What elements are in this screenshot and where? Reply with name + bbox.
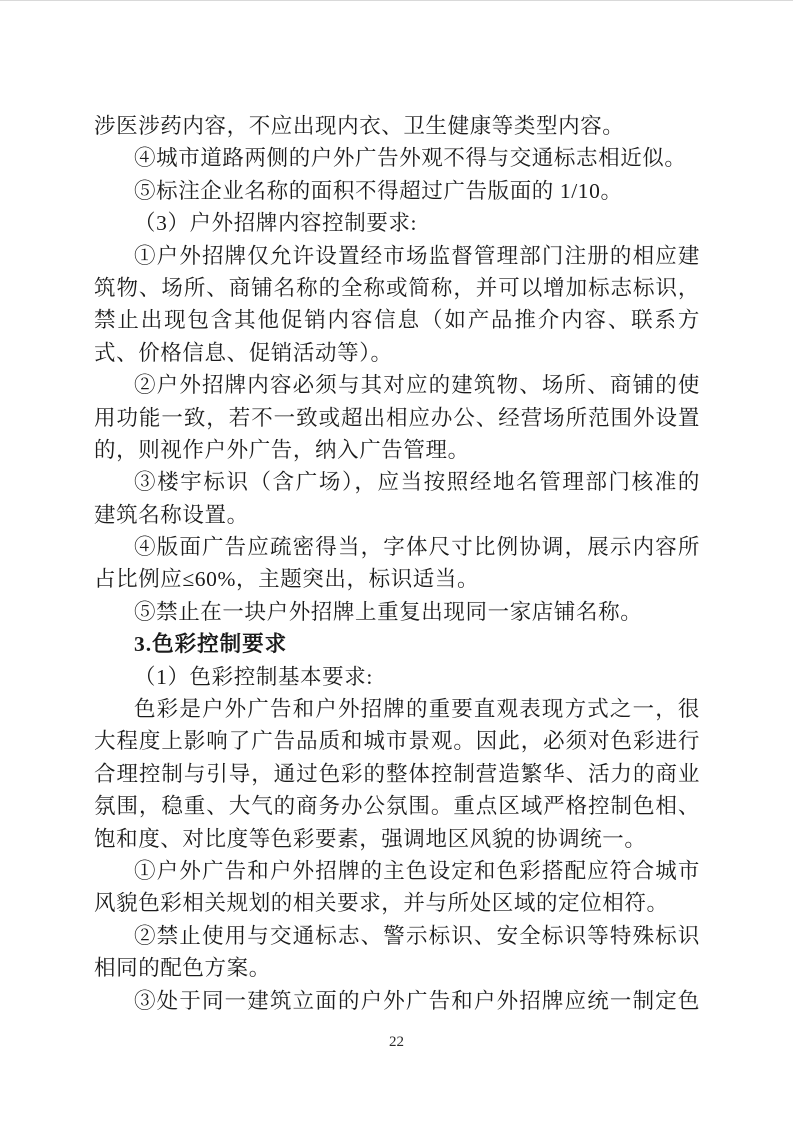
text-line: 合理控制与引导，通过色彩的整体控制营造繁华、活力的商业 (94, 758, 700, 790)
text-line: ⑤禁止在一块户外招牌上重复出现同一家店铺名称。 (94, 596, 700, 628)
text-line: 涉医涉药内容，不应出现内衣、卫生健康等类型内容。 (94, 110, 700, 142)
text-line: 式、价格信息、促销活动等）。 (94, 337, 700, 369)
text-line: ②户外招牌内容必须与其对应的建筑物、场所、商铺的使 (94, 369, 700, 401)
document-page: 涉医涉药内容，不应出现内衣、卫生健康等类型内容。 ④城市道路两侧的户外广告外观不… (0, 0, 793, 1122)
text-line: 占比例应≤60%，主题突出，标识适当。 (94, 563, 700, 595)
text-line: 筑物、场所、商铺名称的全称或简称，并可以增加标志标识， (94, 272, 700, 304)
text-line: ①户外招牌仅允许设置经市场监督管理部门注册的相应建 (94, 240, 700, 272)
text-line: ①户外广告和户外招牌的主色设定和色彩搭配应符合城市 (94, 855, 700, 887)
text-line: 饱和度、对比度等色彩要素，强调地区风貌的协调统一。 (94, 823, 700, 855)
text-line: 大程度上影响了广告品质和城市景观。因此，必须对色彩进行 (94, 725, 700, 757)
page-number: 22 (0, 1032, 793, 1052)
text-line: 的，则视作户外广告，纳入广告管理。 (94, 434, 700, 466)
text-line: 建筑名称设置。 (94, 499, 700, 531)
text-line: ③楼宇标识（含广场），应当按照经地名管理部门核准的 (94, 466, 700, 498)
text-line: 色彩是户外广告和户外招牌的重要直观表现方式之一，很 (94, 693, 700, 725)
text-line: 用功能一致，若不一致或超出相应办公、经营场所范围外设置 (94, 402, 700, 434)
text-line: ⑤标注企业名称的面积不得超过广告版面的 1/10。 (94, 175, 700, 207)
document-body: 涉医涉药内容，不应出现内衣、卫生健康等类型内容。 ④城市道路两侧的户外广告外观不… (94, 110, 700, 1017)
text-line: 氛围，稳重、大气的商务办公氛围。重点区域严格控制色相、 (94, 790, 700, 822)
text-line: ④版面广告应疏密得当，字体尺寸比例协调，展示内容所 (94, 531, 700, 563)
text-line: ④城市道路两侧的户外广告外观不得与交通标志相近似。 (94, 142, 700, 174)
text-line: ③处于同一建筑立面的户外广告和户外招牌应统一制定色 (94, 985, 700, 1017)
section-heading: 3.色彩控制要求 (94, 628, 700, 660)
text-line: 风貌色彩相关规划的相关要求，并与所处区域的定位相符。 (94, 887, 700, 919)
text-line: （1）色彩控制基本要求: (94, 661, 700, 693)
text-line: ②禁止使用与交通标志、警示标识、安全标识等特殊标识 (94, 920, 700, 952)
text-line: （3）户外招牌内容控制要求: (94, 207, 700, 239)
text-line: 禁止出现包含其他促销内容信息（如产品推介内容、联系方 (94, 304, 700, 336)
text-line: 相同的配色方案。 (94, 952, 700, 984)
